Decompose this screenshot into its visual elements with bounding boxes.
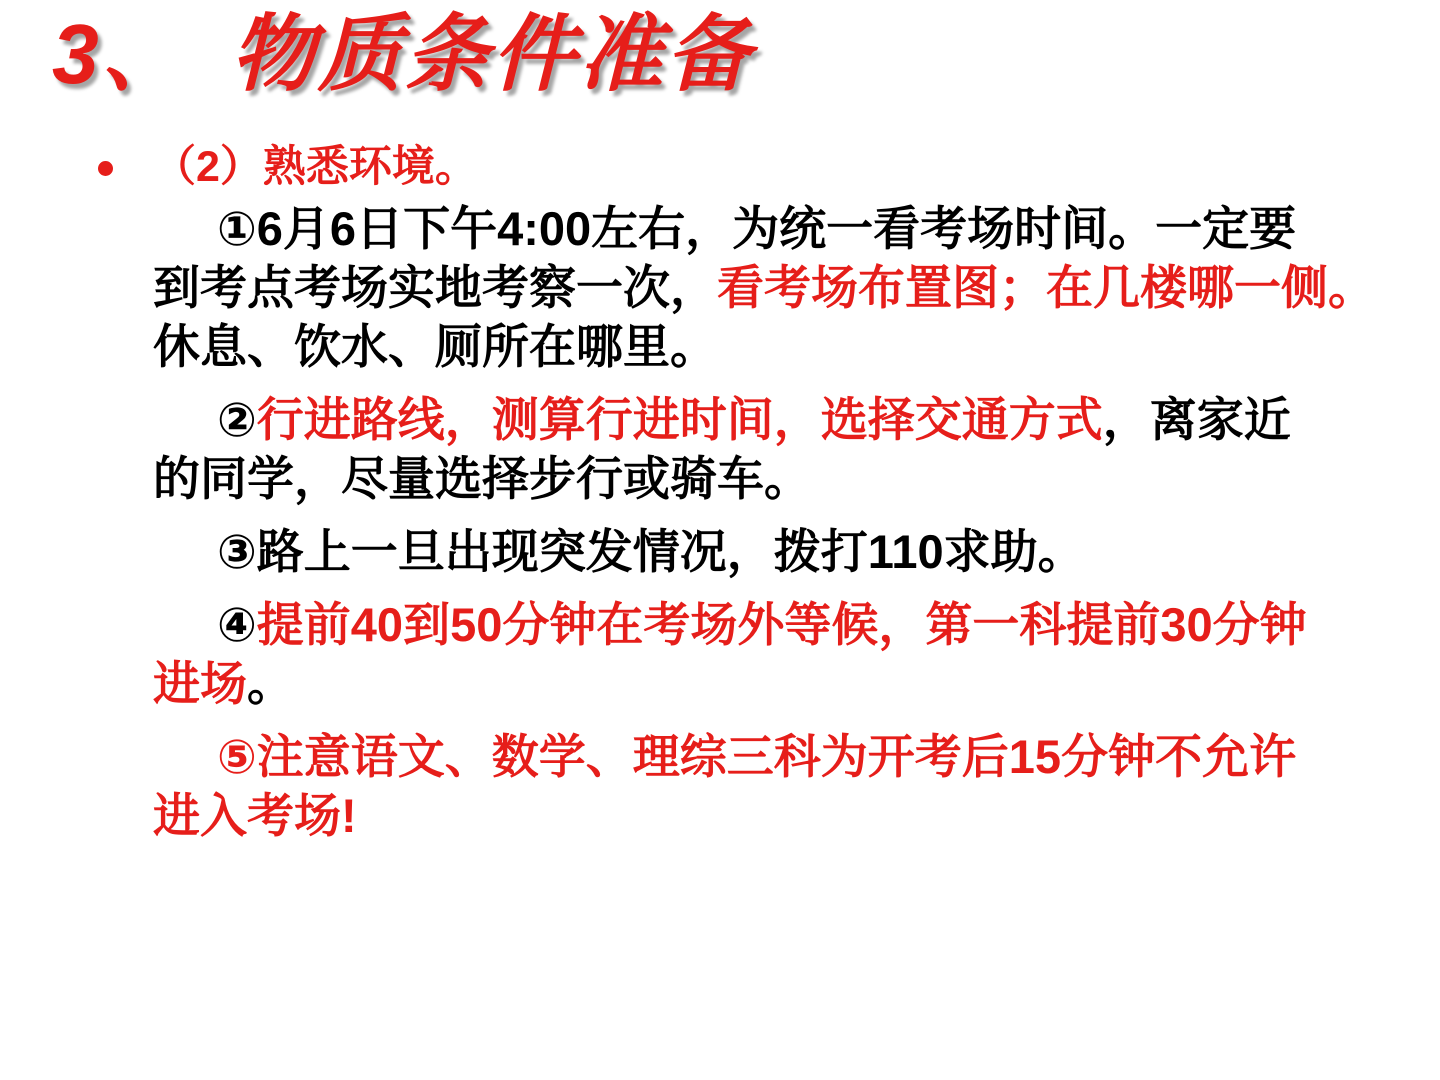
text-line: 到考点考场实地考察一次，看考场布置图；在几楼哪一侧。 <box>153 258 1398 317</box>
slide-body: （2）熟悉环境。 ①6月6日下午4:00左右，为统一看考场时间。一定要 到考点考… <box>153 138 1398 859</box>
text-line: 的同学，尽量选择步行或骑车。 <box>153 449 1398 508</box>
text-line: ③路上一旦出现突发情况，拨打110求助。 <box>153 522 1398 581</box>
text-line: ①6月6日下午4:00左右，为统一看考场时间。一定要 <box>153 199 1398 258</box>
text-segment: ② <box>217 393 257 446</box>
paragraph-2: ②行进路线，测算行进时间，选择交通方式，离家近 的同学，尽量选择步行或骑车。 <box>153 390 1398 508</box>
text-segment-emphasis: 进入考场! <box>153 789 357 842</box>
bullet-item: （2）熟悉环境。 <box>153 138 1398 197</box>
text-line: 进场。 <box>153 654 1398 713</box>
slide-title: 3、物质条件准备 <box>52 2 753 106</box>
bullet-icon <box>98 161 113 176</box>
text-segment: 到考点考场实地考察一次， <box>153 261 717 314</box>
text-segment-emphasis: ⑤注意语文、数学、理综三科为开考后15分钟不允许 <box>217 730 1296 783</box>
text-segment: 的同学，尽量选择步行或骑车。 <box>153 452 811 505</box>
text-line: ⑤注意语文、数学、理综三科为开考后15分钟不允许 <box>153 727 1398 786</box>
text-segment: 休息、饮水、厕所在哪里。 <box>153 320 717 373</box>
text-line: 休息、饮水、厕所在哪里。 <box>153 317 1398 376</box>
paragraph-1: ①6月6日下午4:00左右，为统一看考场时间。一定要 到考点考场实地考察一次，看… <box>153 199 1398 376</box>
text-segment: ③路上一旦出现突发情况，拨打110求助。 <box>217 525 1085 578</box>
text-segment-emphasis: 看考场布置图；在几楼哪一侧。 <box>717 261 1375 314</box>
text-segment-emphasis: 提前40到50分钟在考场外等候，第一科提前30分钟 <box>257 598 1307 651</box>
text-segment: ，离家近 <box>1103 393 1291 446</box>
text-segment: 。 <box>247 657 294 710</box>
slide-title-text: 物质条件准备 <box>231 7 753 101</box>
text-line: ④提前40到50分钟在考场外等候，第一科提前30分钟 <box>153 595 1398 654</box>
paragraph-5: ⑤注意语文、数学、理综三科为开考后15分钟不允许 进入考场! <box>153 727 1398 845</box>
paragraph-4: ④提前40到50分钟在考场外等候，第一科提前30分钟 进场。 <box>153 595 1398 713</box>
text-segment: ④ <box>217 598 257 651</box>
text-segment-emphasis: 行进路线，测算行进时间，选择交通方式 <box>257 393 1103 446</box>
slide-title-number: 3、 <box>52 7 189 101</box>
paragraph-3: ③路上一旦出现突发情况，拨打110求助。 <box>153 522 1398 581</box>
text-segment-emphasis: 进场 <box>153 657 247 710</box>
text-line: ②行进路线，测算行进时间，选择交通方式，离家近 <box>153 390 1398 449</box>
slide: 3、物质条件准备 （2）熟悉环境。 ①6月6日下午4:00左右，为统一看考场时间… <box>0 0 1440 1080</box>
section-heading: （2）熟悉环境。 <box>153 143 478 191</box>
text-line: 进入考场! <box>153 786 1398 845</box>
text-segment: ①6月6日下午4:00左右，为统一看考场时间。一定要 <box>217 202 1296 255</box>
